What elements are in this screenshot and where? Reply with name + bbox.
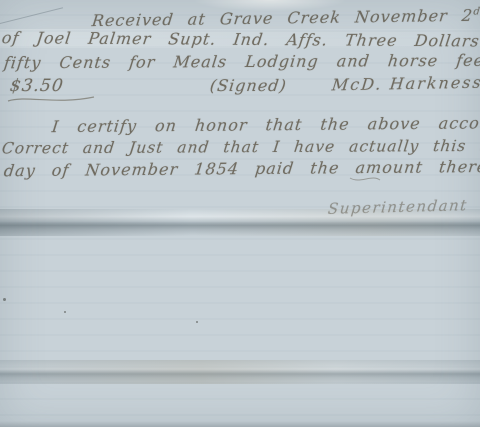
receipt-line-2: of Joel Palmer Supt. Ind. Affs. Three Do…: [2, 28, 480, 51]
receipt-line-1-text: Received at Grave Creek November 2: [91, 6, 474, 30]
payee-signature: McD. Harkness: [332, 73, 480, 95]
certification-line-3: day of November 1854 paid the amount the…: [4, 157, 480, 180]
receipt-line-3-text: fifty Cents for Meals Lodging and horse …: [3, 51, 480, 73]
superintendent-title-text: Superintendant: [327, 196, 469, 218]
fold-crease-lower: [0, 360, 480, 384]
signed-label: (Signed): [210, 76, 287, 95]
receipt-line-3: fifty Cents for Meals Lodging and horse …: [4, 51, 480, 73]
signed-label-text: (Signed): [209, 76, 288, 95]
paper-speck: [3, 298, 6, 301]
paper-speck: [64, 311, 66, 313]
superintendent-title: Superintendant: [328, 196, 468, 218]
document-paper: Received at Grave Creek November 2d 1854…: [0, 0, 480, 427]
bottom-edge-shadow: [0, 421, 480, 427]
amount-text: $3.50: [9, 76, 65, 96]
certification-line-1-text: I certify on honor that the above accoun…: [51, 113, 480, 136]
corner-crease: [0, 7, 63, 25]
certification-line-3-text: day of November 1854 paid the amount the…: [3, 157, 480, 180]
receipt-line-1: Received at Grave Creek November 2d 1854: [92, 5, 480, 30]
payee-signature-text: McD. Harkness: [331, 73, 480, 95]
paper-speck: [196, 321, 198, 323]
certification-line-2-text: Correct and Just and that I have actuall…: [1, 137, 480, 158]
amount-value: $3.50: [10, 76, 64, 96]
receipt-line-2-text: of Joel Palmer Supt. Ind. Affs. Three Do…: [1, 28, 480, 51]
certification-line-2: Correct and Just and that I have actuall…: [2, 137, 480, 158]
certification-line-1: I certify on honor that the above accoun…: [52, 113, 480, 136]
